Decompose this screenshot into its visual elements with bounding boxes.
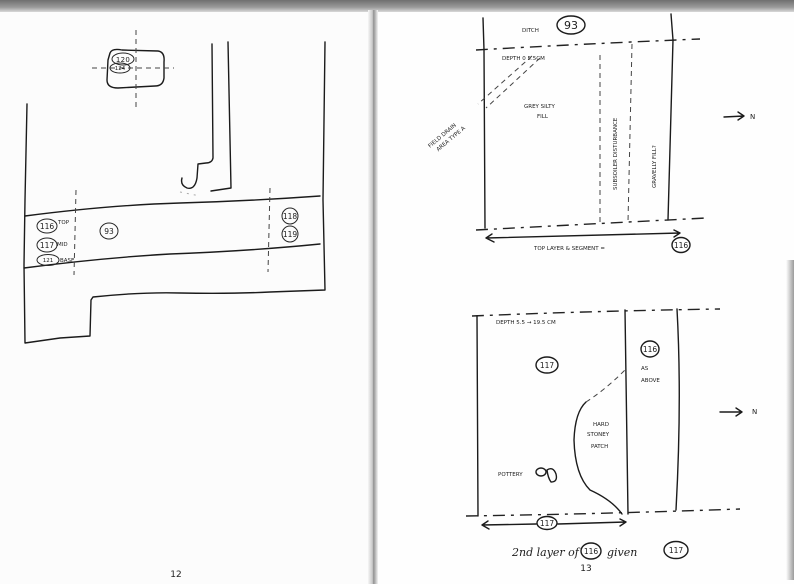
stoney-patch-outline — [574, 402, 622, 514]
context-116-side: 116 — [643, 345, 658, 354]
context-93: 93 — [564, 19, 578, 32]
ditch-label: DITCH — [522, 28, 539, 34]
site-plan: 120 124 116 TOP 117 MID 121 BASE 93 118 … — [24, 30, 325, 343]
context-117-main: 117 — [540, 361, 555, 370]
pottery-sherd-2 — [547, 469, 556, 482]
lower-top-baseline — [472, 309, 720, 316]
caption-prefix-lower: 2nd layer of — [511, 546, 581, 559]
lower-right-edge — [676, 309, 679, 510]
field-drain-line-2 — [486, 58, 540, 108]
subsoiler-line-right — [628, 44, 632, 222]
north-label-upper: N — [750, 113, 756, 121]
wall-line-inner — [182, 44, 213, 188]
north-arrow-upper — [724, 112, 744, 120]
context-116: 116 — [40, 222, 55, 231]
caption-context-a: 116 — [584, 547, 599, 556]
patch-label-2: STONEY — [587, 432, 610, 438]
lower-section-drawing: DEPTH 5.5 → 19.5 CM 117 116 AS ABOVE HAR… — [466, 309, 758, 559]
context-124: 124 — [115, 66, 126, 72]
field-drain-line-1 — [478, 56, 532, 104]
pottery-sherd-1 — [536, 468, 546, 476]
context-93-plan: 93 — [104, 227, 114, 236]
field-drain-label: FIELD DRAIN AREA TYPE A — [427, 119, 467, 155]
extent-arrow-upper — [486, 230, 680, 242]
note-base: BASE — [60, 258, 75, 264]
upper-section-drawing: DITCH 93 DEPTH 0 5.5CM FIELD DRAIN AREA … — [427, 14, 755, 253]
notebook-spread: 120 124 116 TOP 117 MID 121 BASE 93 118 … — [0, 0, 794, 584]
context-121: 121 — [43, 258, 54, 264]
context-118: 118 — [283, 212, 298, 221]
north-label-lower: N — [752, 408, 758, 416]
upper-top-baseline — [476, 39, 700, 50]
sketch-layer: 120 124 116 TOP 117 MID 121 BASE 93 118 … — [0, 0, 794, 584]
section-line-east — [268, 188, 270, 272]
depth-note-lower: DEPTH 5.5 → 19.5 CM — [496, 320, 556, 326]
gravelly-label: GRAVELLY FILL? — [652, 145, 658, 188]
page-number-left: 12 — [170, 570, 181, 580]
note-top: TOP — [57, 220, 70, 226]
patch-label-1: HARD — [593, 422, 609, 428]
patch-label-3: PATCH — [591, 444, 608, 450]
lower-left-edge — [477, 316, 478, 516]
plan-outline — [24, 42, 325, 343]
side-label-1: AS — [641, 366, 649, 372]
pottery-label: POTTERY — [498, 472, 523, 478]
upper-bottom-baseline — [476, 218, 706, 230]
side-label-2: ABOVE — [641, 378, 660, 384]
svg-text:GRAVELLY FILL?: GRAVELLY FILL? — [652, 145, 658, 188]
page-number-right: 13 — [580, 564, 591, 574]
lower-mid-edge — [625, 310, 628, 514]
caption-context-b: 117 — [669, 546, 684, 555]
pencil-hatch — [180, 192, 200, 196]
caption-mid-lower: given — [607, 546, 637, 559]
fill-label-1: GREY SILTY — [524, 104, 555, 110]
note-mid: MID — [57, 242, 68, 248]
trench-edge-north — [25, 196, 320, 216]
fill-label-2: FILL — [537, 114, 549, 120]
stoney-patch-dotted — [586, 370, 625, 402]
trench-edge-south — [24, 244, 320, 268]
wall-line-outer — [211, 42, 231, 191]
subsoiler-label: SUBSOILER DISTURBANCE — [613, 117, 619, 190]
context-119: 119 — [283, 230, 298, 239]
caption-context-upper: 116 — [674, 241, 689, 250]
caption-upper: TOP LAYER & SEGMENT = — [533, 246, 605, 252]
context-117: 117 — [40, 241, 55, 250]
context-117-extent: 117 — [540, 519, 555, 528]
lower-bottom-baseline — [466, 509, 740, 516]
svg-text:SUBSOILER DISTURBANCE: SUBSOILER DISTURBANCE — [613, 117, 619, 190]
upper-right-edge — [668, 14, 673, 220]
north-arrow-lower — [720, 408, 742, 416]
